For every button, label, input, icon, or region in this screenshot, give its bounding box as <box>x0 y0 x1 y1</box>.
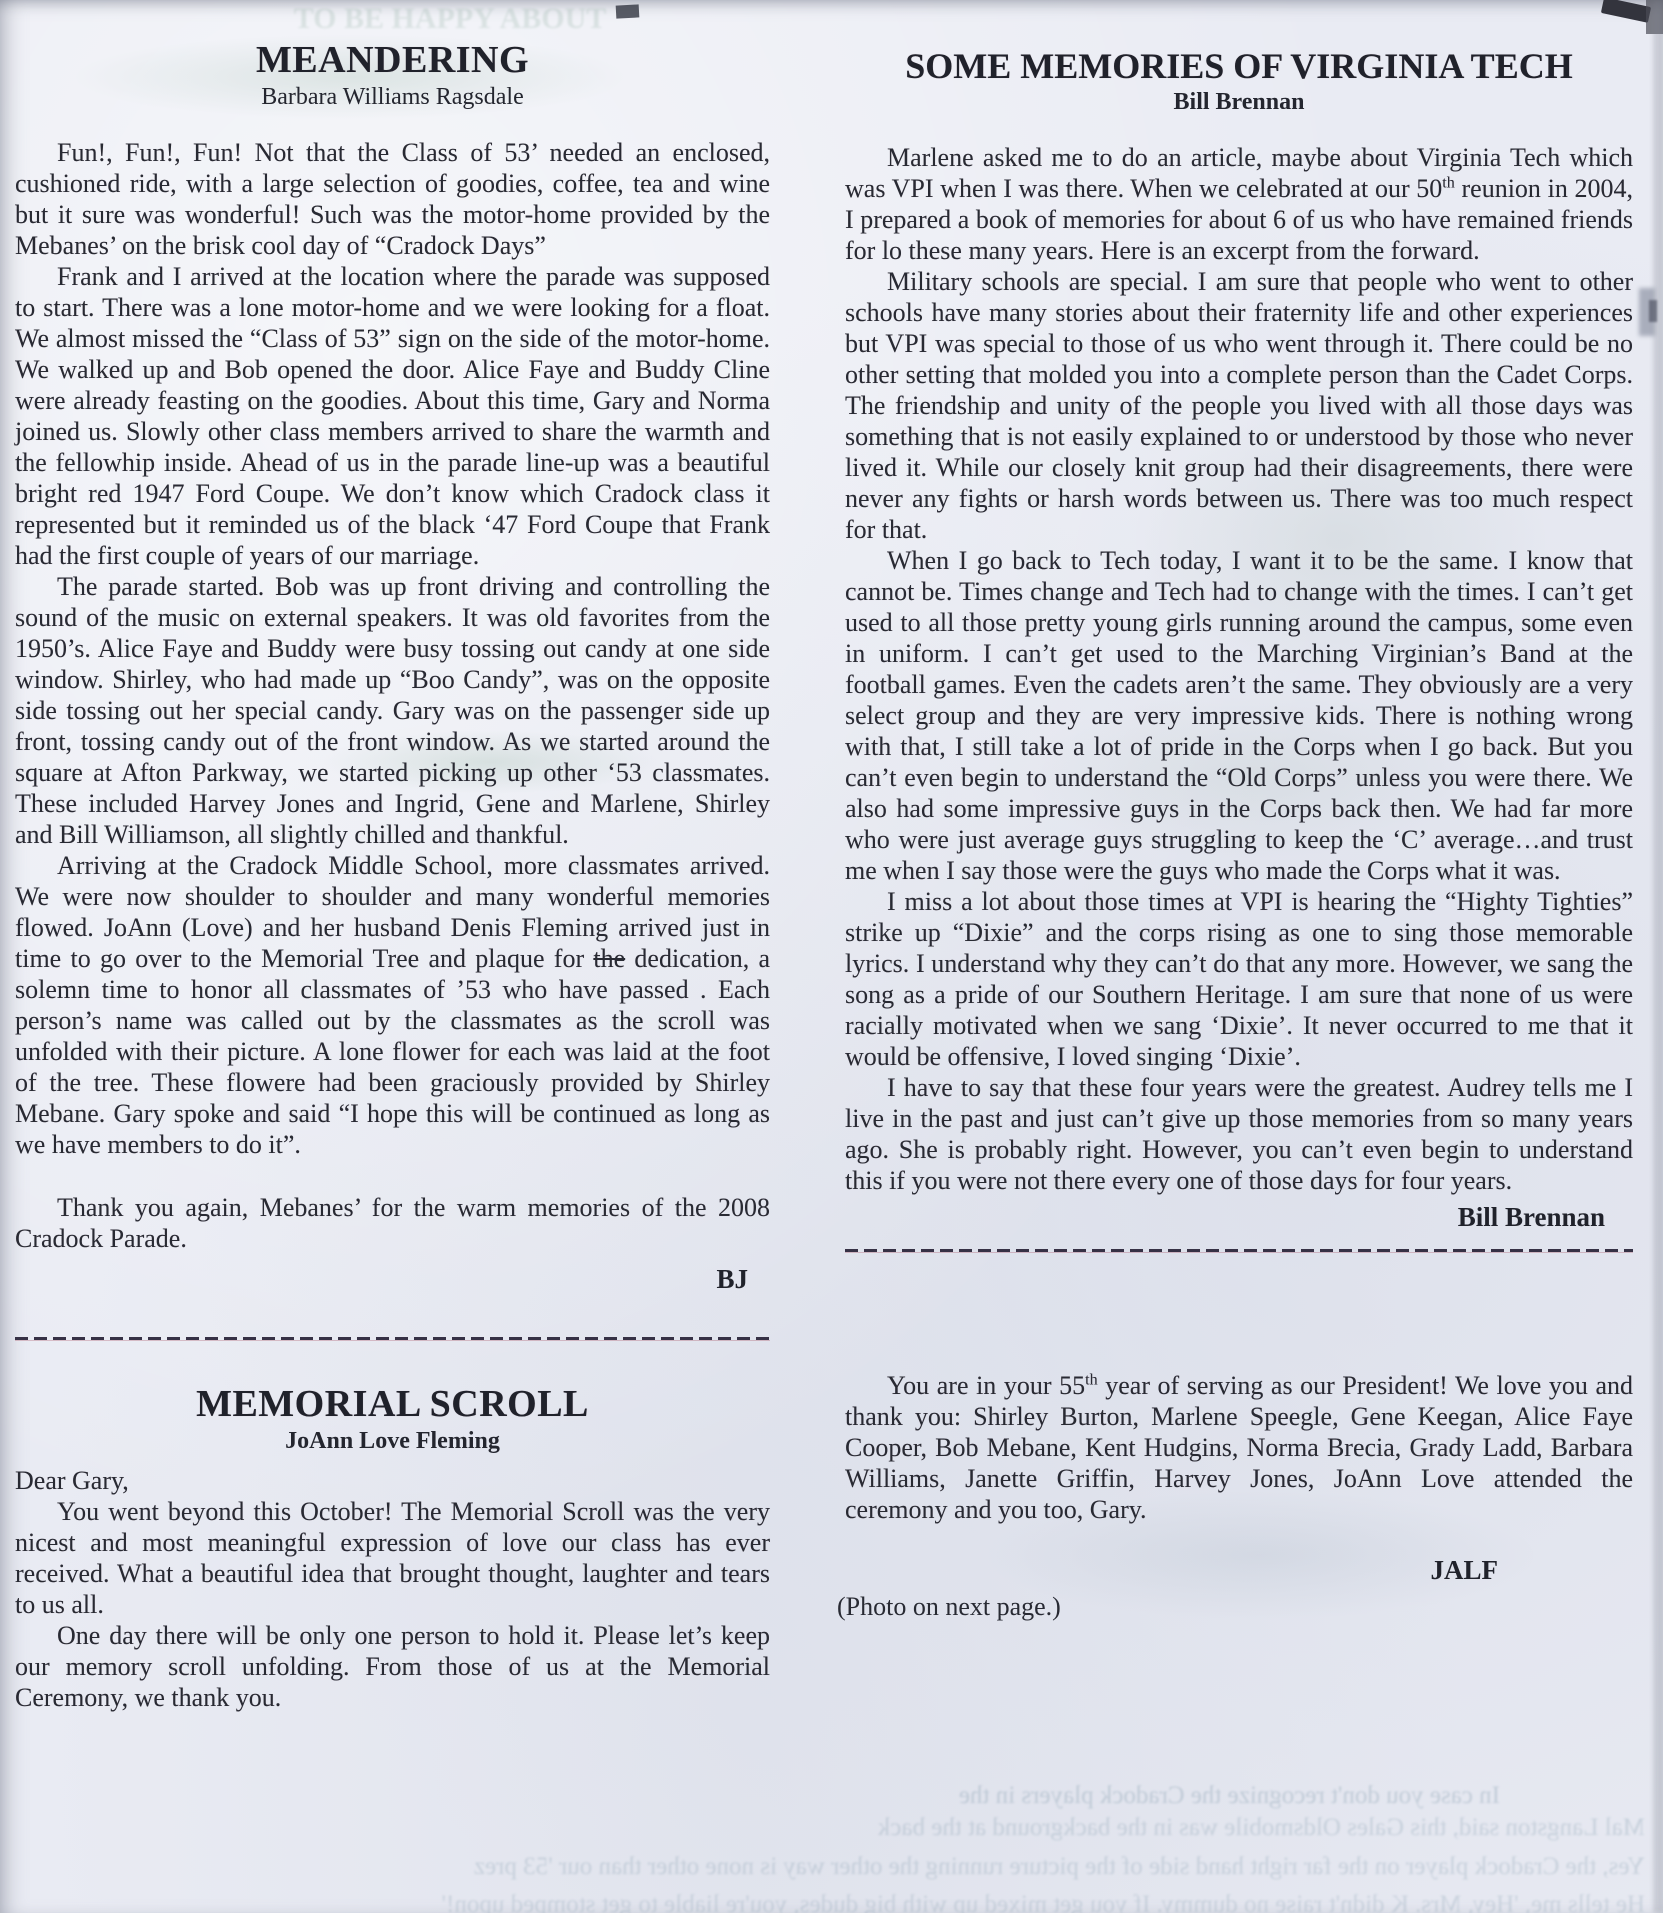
paragraph-text: You are in your 55 <box>887 1371 1085 1400</box>
paragraph: You went beyond this October! The Memori… <box>15 1496 770 1620</box>
paragraph: Frank and I arrived at the location wher… <box>15 261 770 571</box>
paragraph: Arriving at the Cradock Middle School, m… <box>15 850 770 1160</box>
scanned-newsletter-page: TO BE HAPPY ABOUT In case you don't reco… <box>0 0 1663 1913</box>
scan-artifact-mark <box>616 4 640 18</box>
signature-bill-brennan: Bill Brennan <box>845 1202 1633 1233</box>
bleedthrough-line: Yes, the Cradock player on the far right… <box>15 1853 1645 1881</box>
bleedthrough-line: In case you don't recognize the Cradock … <box>620 1782 1500 1810</box>
bleedthrough-heading: TO BE HAPPY ABOUT <box>235 2 665 36</box>
section-divider <box>15 1337 770 1340</box>
scan-edge-shadow <box>1653 0 1663 1913</box>
scan-edge-smudge <box>1639 288 1655 336</box>
struck-word: the <box>593 944 625 973</box>
section-divider <box>845 1249 1633 1252</box>
signature-jalf: JALF <box>845 1555 1633 1586</box>
paragraph: When I go back to Tech today, I want it … <box>845 545 1633 886</box>
photo-note: (Photo on next page.) <box>837 1592 1633 1622</box>
article-title-virginia-tech: SOME MEMORIES OF VIRGINIA TECH <box>845 45 1633 87</box>
paragraph-text: dedication, a solemn time to honor all c… <box>15 944 770 1159</box>
right-column: SOME MEMORIES OF VIRGINIA TECH Bill Bren… <box>845 45 1633 1622</box>
superscript-th: th <box>1442 174 1455 191</box>
scan-corner-mark <box>1601 0 1651 23</box>
superscript-th: th <box>1085 1371 1098 1388</box>
paragraph: One day there will be only one person to… <box>15 1620 770 1713</box>
paragraph: I miss a lot about those times at VPI is… <box>845 886 1633 1072</box>
bleedthrough-line: Mal Langston said, this Gales Oldsmobile… <box>15 1814 1645 1842</box>
president-thanks-paragraph: You are in your 55th year of serving as … <box>845 1370 1633 1525</box>
paragraph: The parade started. Bob was up front dri… <box>15 571 770 850</box>
scan-corner-mark <box>1646 0 1663 34</box>
left-column: MEANDERING Barbara Williams Ragsdale Fun… <box>15 38 770 1713</box>
article-title-meandering: MEANDERING <box>15 38 770 82</box>
bleedthrough-line: He tells me, 'Hey, Mrs. K didn't raise n… <box>15 1891 1645 1913</box>
paragraph: Marlene asked me to do an article, maybe… <box>845 142 1633 266</box>
paragraph: Military schools are special. I am sure … <box>845 266 1633 545</box>
paragraph: I have to say that these four years were… <box>845 1072 1633 1196</box>
byline-bill-brennan: Bill Brennan <box>845 89 1633 116</box>
paragraph: Fun!, Fun!, Fun! Not that the Class of 5… <box>15 137 770 261</box>
byline-barbara-williams-ragsdale: Barbara Williams Ragsdale <box>15 84 770 111</box>
signature-bj: BJ <box>15 1264 770 1295</box>
scan-edge-smudge <box>1649 300 1657 322</box>
article-title-memorial-scroll: MEMORIAL SCROLL <box>15 1382 770 1426</box>
closing-paragraph: Thank you again, Mebanes’ for the warm m… <box>15 1192 770 1254</box>
byline-joann-love-fleming: JoAnn Love Fleming <box>15 1428 770 1455</box>
salutation: Dear Gary, <box>15 1465 770 1496</box>
